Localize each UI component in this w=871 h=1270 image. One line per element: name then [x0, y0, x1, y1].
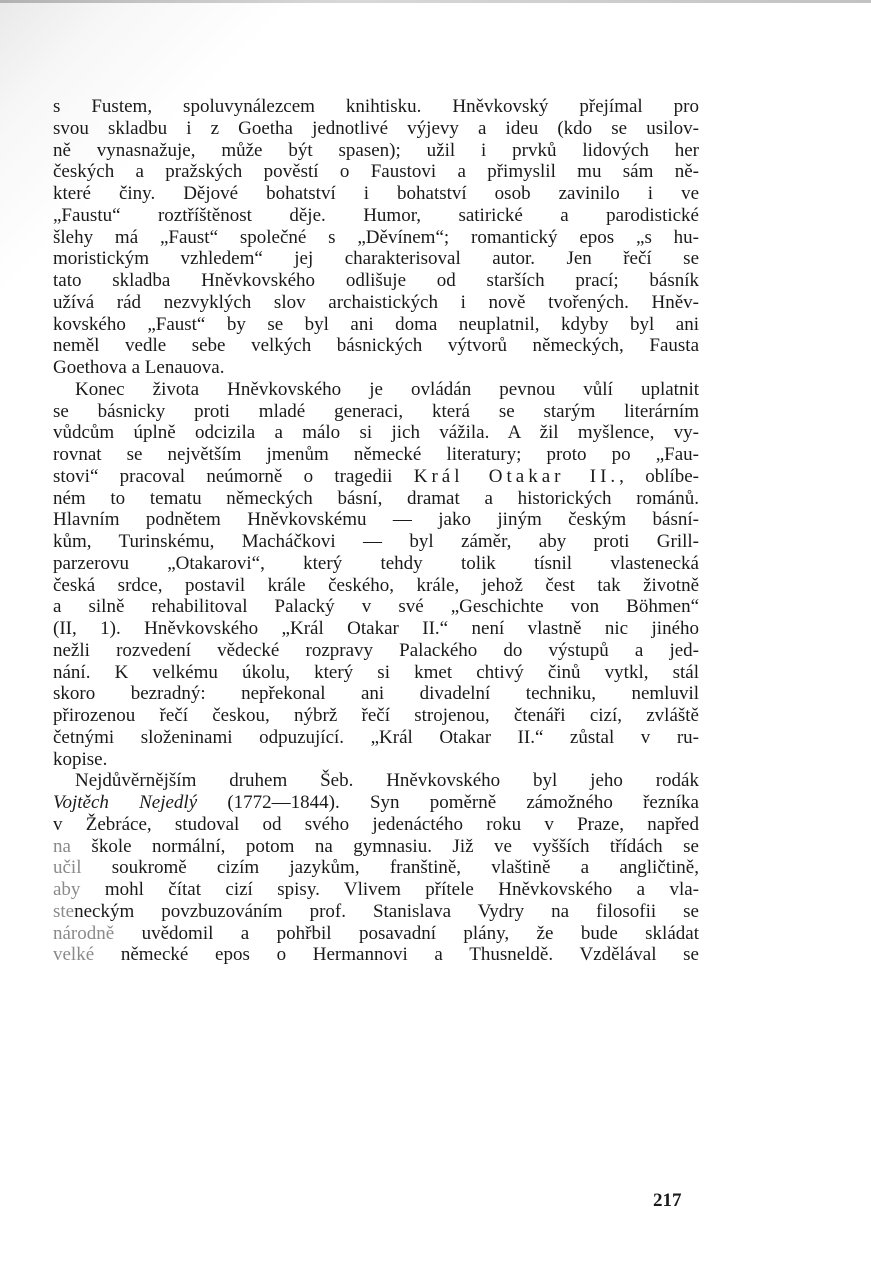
body-text: s Fustem, spoluvynálezcem knihtisku. Hně… — [53, 96, 699, 966]
text-line: četnými složeninami odpuzující. „Král Ot… — [53, 727, 699, 749]
text-line: parzerovu „Otakarovi“, který tehdy tolik… — [53, 553, 699, 575]
text-line: česká srdce, postavil krále českého, krá… — [53, 575, 699, 597]
text-line: „Faustu“ roztříštěnost děje. Humor, sati… — [53, 205, 699, 227]
text-line: Nejdůvěrnějším druhem Šeb. Hněvkovského … — [53, 770, 699, 792]
faded-text: aby — [53, 879, 105, 900]
text-line: šlehy má „Faust“ společné s „Děvínem“; r… — [53, 227, 699, 249]
text-segment: mohl čítat cizí spisy. Vlivem přítele Hn… — [105, 879, 699, 900]
text-segment: škole normální, potom na gymnasiu. Již v… — [91, 836, 699, 857]
text-line: aby mohl čítat cizí spisy. Vlivem přítel… — [53, 879, 699, 901]
text-line: užívá rád nezvyklých slov archaistických… — [53, 292, 699, 314]
spaced-drama-title: Král Otakar II. — [414, 466, 619, 487]
text-segment: uvědomil a pohřbil posavadní plány, že b… — [142, 923, 699, 944]
text-line: (II, 1). Hněvkovského „Král Otakar II.“ … — [53, 618, 699, 640]
text-line: skoro bezradný: nepřekonal ani divadelní… — [53, 683, 699, 705]
text-line: českých a pražských pověstí o Faustovi a… — [53, 161, 699, 183]
text-segment: , oblíbe- — [619, 466, 699, 487]
page-number: 217 — [653, 1190, 682, 1212]
text-line: se básnicky proti mladé generaci, která … — [53, 401, 699, 423]
text-segment: neckým povzbuzováním prof. Stanislava Vy… — [74, 901, 699, 922]
faded-text: učil — [53, 857, 112, 878]
text-line: nání. K velkému úkolu, který si kmet cht… — [53, 662, 699, 684]
text-line: Konec života Hněvkovského je ovládán pev… — [53, 379, 699, 401]
text-line: učil soukromě cizím jazykům, franštině, … — [53, 857, 699, 879]
faded-text: na — [53, 836, 91, 857]
faded-text: národně — [53, 923, 142, 944]
faded-text: velké — [53, 944, 121, 965]
text-segment: (1772—1844). Syn poměrně zámožného řezní… — [197, 792, 699, 813]
text-line: přirozenou řečí českou, nýbrž řečí stroj… — [53, 705, 699, 727]
scan-top-edge — [0, 0, 871, 3]
text-line: kopise. — [53, 749, 699, 771]
text-line: v Žebráce, studoval od svého jedenáctého… — [53, 814, 699, 836]
text-line: Goethova a Lenauova. — [53, 357, 699, 379]
text-line: vůdcům úplně odcizila a málo si jich váž… — [53, 422, 699, 444]
text-line: tato skladba Hněvkovského odlišuje od st… — [53, 270, 699, 292]
text-line: neměl vedle sebe velkých básnických výtv… — [53, 335, 699, 357]
text-segment: stovi“ pracoval neúmorně o tragedii — [53, 466, 414, 487]
text-line: kům, Turinskému, Macháčkovi — byl záměr,… — [53, 531, 699, 553]
text-line: na škole normální, potom na gymnasiu. Ji… — [53, 836, 699, 858]
italic-person-name: Vojtěch Nejedlý — [53, 792, 197, 813]
text-line: moristickým vzhledem“ jej charakterisova… — [53, 248, 699, 270]
text-segment: soukromě cizím jazykům, franštině, vlašt… — [112, 857, 699, 878]
text-line: s Fustem, spoluvynálezcem knihtisku. Hně… — [53, 96, 699, 118]
text-line: steneckým povzbuzováním prof. Stanislava… — [53, 901, 699, 923]
text-line: ně vynasnažuje, může být spasen); užil i… — [53, 140, 699, 162]
text-line-with-italic-name: Vojtěch Nejedlý (1772—1844). Syn poměrně… — [53, 792, 699, 814]
text-line-with-spaced-title: stovi“ pracoval neúmorně o tragedii Král… — [53, 466, 699, 488]
text-line: rovnat se největším jmenům německé liter… — [53, 444, 699, 466]
faded-text: ste — [53, 901, 74, 922]
text-line: ném to tematu německých básní, dramat a … — [53, 488, 699, 510]
text-line: svou skladbu i z Goetha jednotlivé výjev… — [53, 118, 699, 140]
text-line: a silně rehabilitoval Palacký v své „Ges… — [53, 596, 699, 618]
text-line: kovského „Faust“ by se byl ani doma neup… — [53, 314, 699, 336]
text-line: národně uvědomil a pohřbil posavadní plá… — [53, 923, 699, 945]
book-page: s Fustem, spoluvynálezcem knihtisku. Hně… — [0, 0, 871, 1270]
text-segment: německé epos o Hermannovi a Thusneldě. V… — [121, 944, 699, 965]
text-line: velké německé epos o Hermannovi a Thusne… — [53, 944, 699, 966]
text-line: Hlavním podnětem Hněvkovskému — jako jin… — [53, 509, 699, 531]
text-line: nežli rozvedení vědecké rozpravy Palacké… — [53, 640, 699, 662]
text-line: které činy. Dějové bohatství i bohatství… — [53, 183, 699, 205]
